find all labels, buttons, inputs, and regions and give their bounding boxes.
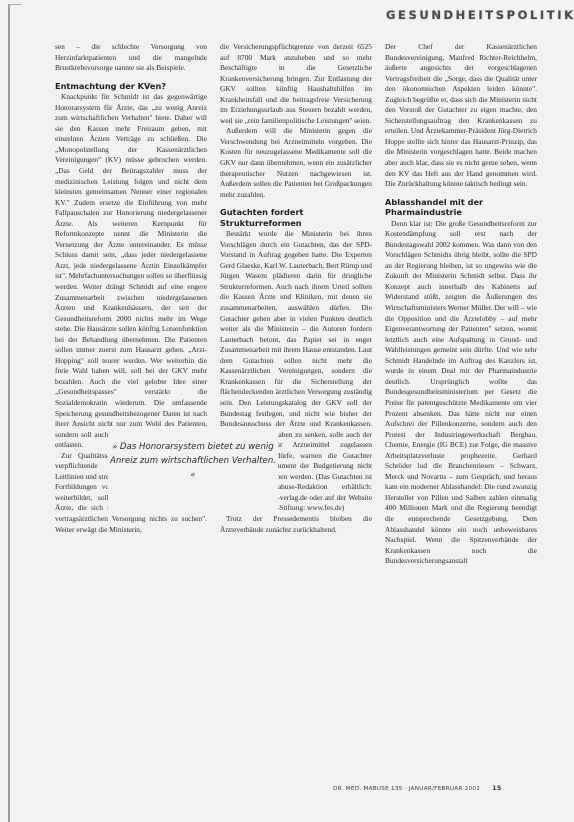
quote-close-mark: « (191, 470, 196, 479)
paragraph: sen – die schlechte Versorgung von Herzi… (55, 42, 207, 74)
page-edge-tick (8, 4, 22, 5)
subheading: Gutachten fordertStrukturreformen (220, 207, 372, 228)
paragraph: die Versicherungspflichtgrenze von derze… (220, 42, 372, 126)
page-footer: DR. MED. MABUSE 135 · JANUAR/FEBRUAR 200… (333, 784, 558, 792)
paragraph: Denn klar ist: Die große Gesundheitsrefo… (385, 219, 537, 567)
quote-open-mark: » (112, 442, 117, 451)
column-1: sen – die schlechte Versorgung von Herzi… (55, 42, 207, 742)
section-header: GESUNDHEITSPOLITIK (386, 8, 572, 22)
magazine-page: GESUNDHEITSPOLITIK sen – die schlechte V… (0, 0, 574, 822)
publication-info: DR. MED. MABUSE 135 · JANUAR/FEBRUAR 200… (333, 786, 480, 792)
subheading: Ablasshandel mit derPharmaindustrie (385, 197, 537, 218)
column-2: die Versicherungspflichtgrenze von derze… (220, 42, 372, 742)
paragraph: Trotz der Pressedementis bleiben die Ärz… (220, 514, 372, 535)
paragraph: Der Chef der Kassenärztlichen Bundesvere… (385, 42, 537, 190)
paragraph: Knackpunkt für Schmidt ist das gegenwärt… (55, 92, 207, 451)
subheading: Entmachtung der KVen? (55, 81, 207, 92)
pull-quote-text: Das Honorarsystem bietet zu wenig Anreiz… (110, 442, 276, 466)
paragraph: Außerdem will die Ministerin gegen die V… (220, 126, 372, 200)
page-edge-rule (8, 4, 10, 822)
column-3: Der Chef der Kassenärztlichen Bundesvere… (385, 42, 537, 742)
page-number: 15 (492, 784, 502, 792)
pull-quote: » Das Honorarsystem bietet zu wenig Anre… (108, 428, 278, 516)
